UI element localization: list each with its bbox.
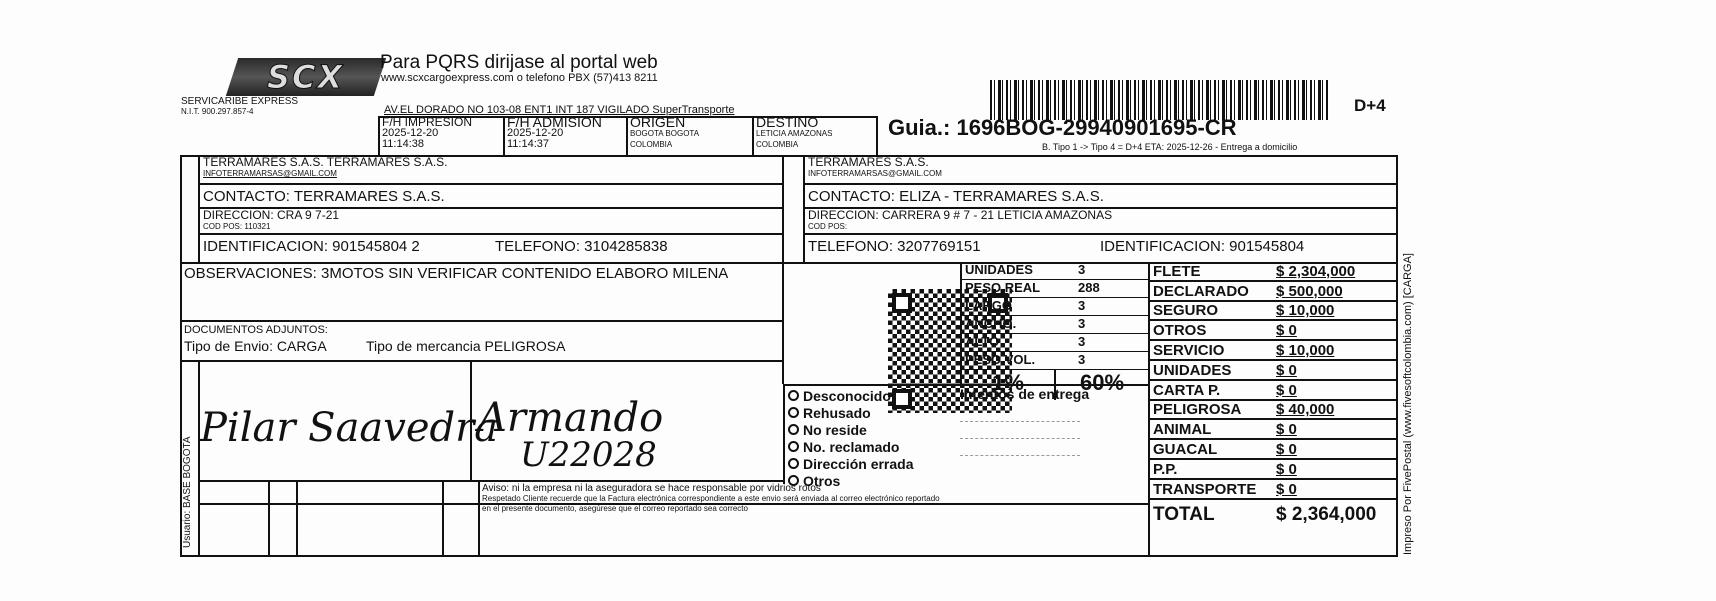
company-name: SERVICARIBE EXPRESS [181,97,298,107]
company-nit: N.I.T. 900.297.857-4 [181,107,298,117]
costs-table: FLETE$ 2,304,000 DECLARADO$ 500,000 SEGU… [1150,262,1398,526]
barcode [990,80,1330,120]
sender-address-block: DIRECCION: CRA 9 7-21 COD POS: 110321 [203,210,339,232]
printed-by-label: Impreso Por FivePostal (www.fivesoftcolo… [1402,253,1414,555]
sender-email: INFOTERRAMARSAS@GMAIL.COM [203,168,448,179]
company-info: SERVICARIBE EXPRESS N.I.T. 900.297.857-4 [181,97,298,117]
recipient-postal: COD POS: [808,221,1112,232]
pqrs-title: Para PQRS dirijase al portal web [380,52,658,74]
user-label: Usuario: BASE BOGOTA [182,436,193,548]
status-direccion-errada[interactable]: Dirección errada [788,455,914,472]
pqrs-contact: www.scxcargoexpress.com o telefono PBX (… [381,72,658,84]
delivery-status-options: Desconocido Rehusado No reside No. recla… [788,387,914,489]
total-row: TOTAL$ 2,364,000 [1150,500,1398,526]
recipient-phone: TELEFONO: 3207769151 [808,238,981,255]
sender-signature: Pilar Saavedra [200,405,498,451]
receiver-note: U22028 [520,435,657,475]
status-otros[interactable]: Otros [788,472,914,489]
recipient-email: INFOTERRAMARSAS@GMAIL.COM [808,168,942,179]
recipient-identification: IDENTIFICACION: 901545804 [1100,238,1304,255]
recipient-contact: CONTACTO: ELIZA - TERRAMARES S.A.S. [808,188,1104,205]
sender-identification: IDENTIFICACION: 901545804 2 [203,238,420,255]
eta-line: B. Tipo 1 -> Tipo 4 = D+4 ETA: 2025-12-2… [1042,142,1297,152]
cost-row: GUACAL$ 0 [1150,440,1398,460]
info-cell-impresion: F/H IMPRESION 2025-12-20 11:14:38 [382,117,472,150]
cost-row: P.P.$ 0 [1150,460,1398,480]
dim-row: UNIDADES3 [962,262,1148,280]
documents-label: DOCUMENTOS ADJUNTOS: [184,324,328,336]
status-rehusado[interactable]: Rehusado [788,404,914,421]
sender-postal: COD POS: 110321 [203,221,339,232]
cost-row: SERVICIO$ 10,000 [1150,341,1398,361]
dim-row: LARGO3 [962,298,1148,316]
merchandise-type: Tipo de mercancia PELIGROSA [366,338,565,354]
notice-invoice: Respetado Cliente recuerde que la Factur… [482,494,940,504]
delivery-attempts-lines [960,405,1080,456]
info-cell-destino: DESTINO LETICIA AMAZONAS COLOMBIA [756,117,832,150]
status-no-reside[interactable]: No reside [788,421,914,438]
sender-phone: TELEFONO: 3104285838 [495,238,668,255]
status-no-reclamado[interactable]: No. reclamado [788,438,914,455]
dim-row: ALTO3 [962,334,1148,352]
dimensions-table: UNIDADES3 PESO REAL288 LARGO3 ANCHO.3 AL… [962,262,1148,400]
cost-row: TRANSPORTE$ 0 [1150,480,1398,500]
guia-label: Guia.: [888,115,950,140]
recipient-address: DIRECCION: CARRERA 9 # 7 - 21 LETICIA AM… [808,210,1112,221]
sender-block: TERRAMARES S.A.S. TERRAMARES S.A.S. INFO… [203,157,448,179]
guia-number: 1696BOG-29940901695-CR [956,115,1236,140]
cost-row: OTROS$ 0 [1150,321,1398,341]
recipient-address-block: DIRECCION: CARRERA 9 # 7 - 21 LETICIA AM… [808,210,1112,232]
info-cell-admision: F/H ADMISION 2025-12-20 11:14:37 [507,117,602,150]
sender-name: TERRAMARES S.A.S. TERRAMARES S.A.S. [203,157,448,168]
cost-row: ANIMAL$ 0 [1150,420,1398,440]
cost-row: CARTA P.$ 0 [1150,381,1398,401]
dim-row: ANCHO.3 [962,316,1148,334]
service-code: D+4 [1354,96,1386,116]
dim-row: PESO VOL.3 [962,352,1148,370]
status-desconocido[interactable]: Desconocido [788,387,914,404]
guia-number-line: Guia.: 1696BOG-29940901695-CR [888,115,1237,141]
cost-row: SEGURO$ 10,000 [1150,302,1398,322]
dim-row: PESO REAL288 [962,280,1148,298]
recipient-name: TERRAMARES S.A.S. [808,157,942,168]
sender-address: DIRECCION: CRA 9 7-21 [203,210,339,221]
cost-row: UNIDADES$ 0 [1150,361,1398,381]
recipient-block: TERRAMARES S.A.S. INFOTERRAMARSAS@GMAIL.… [808,157,942,179]
delivery-attempts-label: Intentos de entrega [960,386,1089,402]
observations: OBSERVACIONES: 3MOTOS SIN VERIFICAR CONT… [184,265,728,282]
shipment-type: Tipo de Envio: CARGA [184,338,327,354]
info-cell-origen: ORIGEN BOGOTA BOGOTA COLOMBIA [630,117,699,150]
company-logo: SCX [226,58,386,96]
sender-contact: CONTACTO: TERRAMARES S.A.S. [203,188,445,205]
notice-email: en el presente documento, asegúrese que … [482,504,940,514]
cost-row: PELIGROSA$ 40,000 [1150,401,1398,421]
cost-row: DECLARADO$ 500,000 [1150,282,1398,302]
cost-row: FLETE$ 2,304,000 [1150,262,1398,282]
